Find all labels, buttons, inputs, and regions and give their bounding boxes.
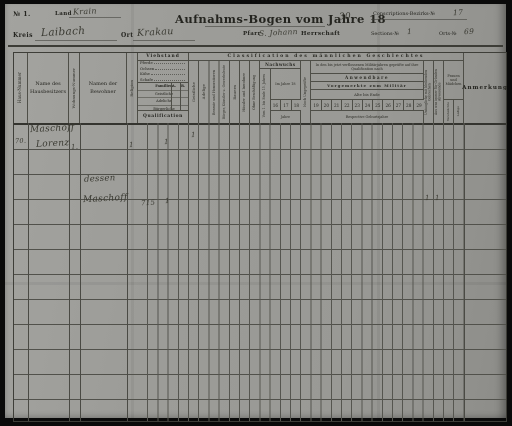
nachwuchs-age: 17	[281, 100, 292, 110]
column-header-hausbesitzer: Name des Hausbesitzers	[28, 53, 69, 123]
column-header-hausnummer: Haus-Nummer	[14, 53, 28, 123]
sections-label: Sections-№	[371, 31, 399, 37]
familien-title: Familien A. R.	[138, 83, 188, 91]
nachwuchs-ages: 16 17 18	[271, 100, 302, 111]
militar-age: 24	[363, 100, 373, 110]
paper-sheet: № 1. Land Krain Aufnahms-Bogen vom Jahre…	[5, 4, 506, 418]
nachwuchs-age: 16	[271, 100, 282, 110]
entry-a-dwelling-number-handwriting: 1.	[71, 143, 79, 151]
militar-bottom: Respective Geburtsjahre	[311, 111, 423, 123]
weiber-col-ledige: Ledige	[454, 100, 464, 123]
column-header-religion: Religion	[127, 53, 138, 123]
familien-col-r: R.	[181, 83, 185, 90]
nachwuchs-age-col: Vom 1. bis Ende 15. Jahres	[260, 69, 270, 123]
header-divider-rule	[8, 45, 503, 47]
militar-age: 27	[394, 100, 404, 110]
militar-age: 22	[342, 100, 352, 110]
nachwuchs-mid: Im Jahre 18	[271, 69, 302, 100]
militar-alte: Alte bis Ende	[311, 90, 423, 100]
orts-value-handwriting: 69	[464, 27, 475, 37]
scanned-census-form: { "colors": { "paper": "#9b9b97", "ink":…	[0, 0, 512, 426]
class-col-ohne-beschaeftigung: Ohne Beschäftigung	[250, 61, 260, 123]
conscription-district-value-handwriting: 17	[453, 8, 464, 18]
militar-ages: 19 20 21 22 23 24 25 26 27 28 29	[311, 100, 423, 111]
nachwuchs-age: 18	[292, 100, 302, 110]
entry-b-number-handwriting: 715	[141, 199, 156, 208]
entry-b-viehstand-tally-handwriting: 1	[165, 197, 170, 205]
militar-title: In den bis jetzt verflossenen Militärjah…	[311, 61, 423, 74]
religion-label: Religion	[130, 80, 135, 97]
familien-subbox: Familien A. R. Geistliche Adeliche Bürge…	[138, 82, 188, 111]
classification-title: Classification des männlichen Geschlecht…	[189, 53, 464, 61]
qualification-label: Qualification	[138, 109, 188, 123]
conscription-district-label: Conscriptions-Bezirks-№	[373, 11, 435, 17]
militar-age: 23	[353, 100, 363, 110]
form-title: Aufnahms-Bogen vom Jahre 18	[175, 12, 386, 26]
sheet-number: № 1.	[13, 10, 31, 18]
entry-b-absent-tally-1-handwriting: 1	[425, 194, 430, 202]
body-vline	[464, 123, 465, 421]
militar-age: 20	[322, 100, 332, 110]
herrschaft-label: Herrschaft	[301, 31, 340, 37]
ort-label: Ort	[121, 32, 133, 39]
body-vline	[80, 123, 81, 421]
class-col-adelige: Adelige	[199, 61, 209, 123]
militar-vorgemerkte: Vorgemerkte zum Militär	[311, 82, 423, 90]
nachwuchs-title: Nachwuchs	[260, 61, 301, 69]
class-col-buerger: Bürger, Künstler u. Gewerbsleute	[220, 61, 230, 123]
sections-value-handwriting: 1	[407, 27, 413, 36]
body-vline	[69, 123, 70, 421]
ungeprueft-col: Noch Ungeprüfte	[301, 61, 311, 123]
weiber-title: Frauen und Mädchen	[444, 61, 464, 100]
census-table: Haus-Nummer Name des Hausbesitzers Wohnu…	[13, 52, 507, 422]
entry-a-class-tally-handwriting: 1	[191, 131, 196, 139]
familien-col-a: A.	[172, 83, 176, 90]
class-columns-group: Geistliche Adelige Beamte und Honoratior…	[189, 61, 260, 123]
entry-a-viehstand-tally-handwriting: 1	[164, 138, 169, 146]
kreis-value-handwriting: Laibach	[41, 25, 86, 39]
militar-age: 26	[383, 100, 393, 110]
narrow-columns-grid	[138, 123, 464, 421]
ort-underline	[133, 40, 195, 41]
wohnungsnummer-label: Wohnungs-Nummer	[72, 68, 77, 108]
title-flourish-rule	[205, 26, 325, 27]
kreis-label: Kreis	[13, 32, 33, 39]
militar-age: 25	[373, 100, 383, 110]
militar-age: 21	[332, 100, 342, 110]
class-col-beamte: Beamte und Honoratioren	[209, 61, 219, 123]
column-header-bewohner: Namen der Bewohner	[80, 53, 127, 123]
kreis-underline	[35, 40, 117, 41]
abwesende-col: Aus was immer für Gründen Abwesende	[434, 61, 444, 123]
entry-b-relation-handwriting: dessen	[84, 173, 116, 185]
entry-a-firstname-handwriting: Lorenz	[36, 138, 70, 150]
body-vline	[28, 123, 29, 421]
entry-a-religion-tally-handwriting: 1	[129, 141, 134, 149]
entry-b-absent-tally-2-handwriting: 1	[435, 194, 440, 202]
weiber-col-verehelichte: Verehelichte	[444, 100, 454, 123]
ort-value-handwriting: Krakau	[137, 26, 174, 39]
entry-a-house-number-handwriting: 70.	[15, 137, 27, 146]
militar-age: 29	[414, 100, 423, 110]
column-header-wohnungsnummer: Wohnungs-Nummer	[69, 53, 80, 123]
orts-label: Orts-№	[439, 31, 457, 37]
nachwuchs-bottom: Jahre	[271, 111, 302, 123]
class-col-bauern: Bauern	[230, 61, 240, 123]
land-underline	[69, 17, 121, 18]
pfarr-value-handwriting: S. Johann	[259, 27, 298, 38]
column-header-anmerkung: Anmerkung	[464, 53, 506, 123]
untaugliche-col: Untaugliche mit bleibenden Gebrechen	[424, 61, 434, 123]
class-col-haeusler: Häusler und Inwohner	[240, 61, 250, 123]
militar-anwendbare: Anwendbare	[311, 74, 423, 82]
militar-age: 28	[404, 100, 414, 110]
form-title-year-handwriting: 30	[339, 12, 352, 23]
land-value-handwriting: Krain	[73, 6, 97, 16]
hausnummer-label: Haus-Nummer	[18, 72, 23, 103]
militar-age: 19	[311, 100, 321, 110]
conscription-underline	[371, 19, 467, 20]
viehstand-box: Viehstand Pferde Ochsen Kühe Schafe Fami…	[138, 53, 189, 123]
class-col-geistliche: Geistliche	[189, 61, 199, 123]
body-vline	[127, 123, 128, 421]
